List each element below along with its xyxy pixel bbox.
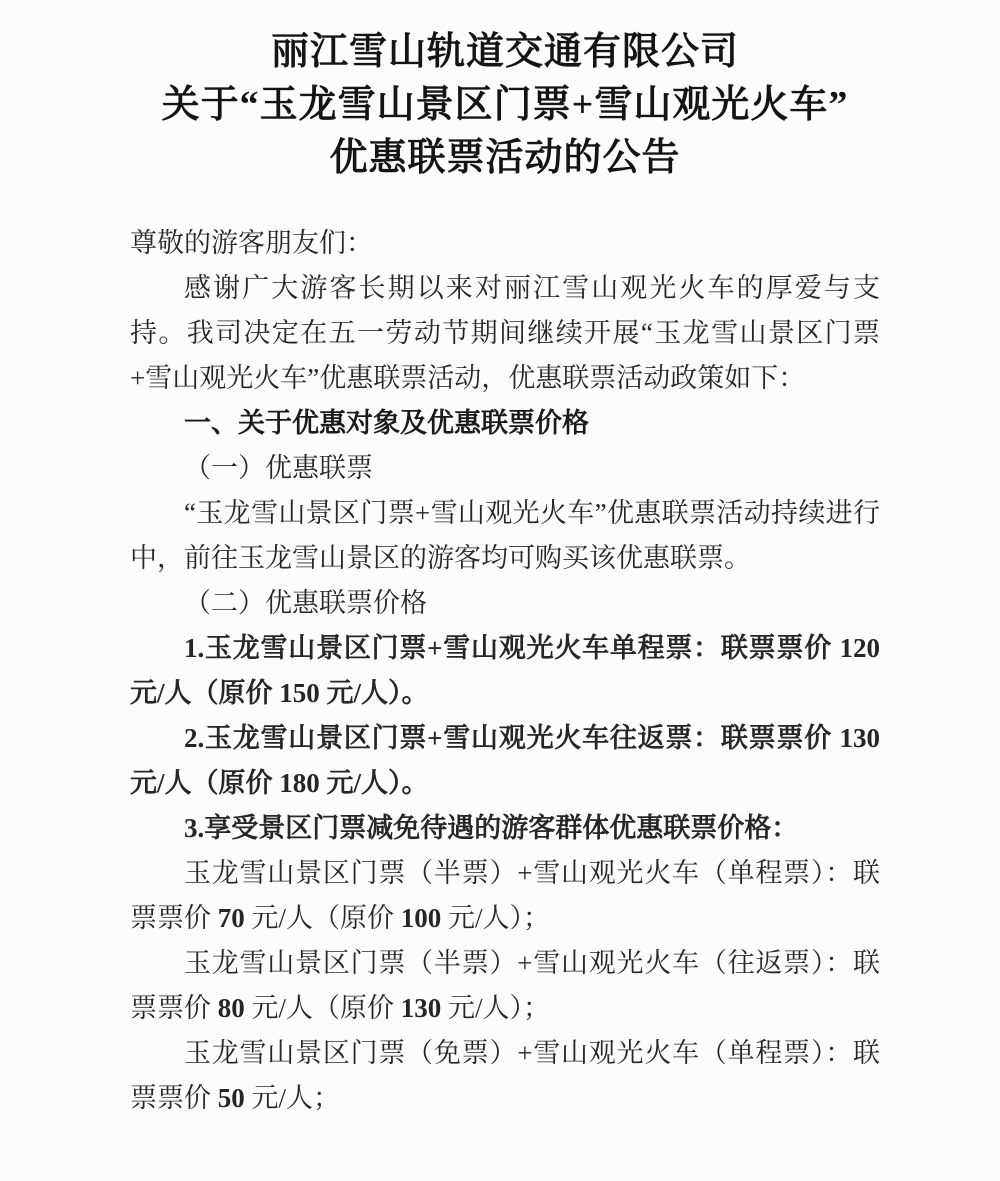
title-line-company: 丽江雪山轨道交通有限公司 [130,26,880,79]
group-item-1-original: 100 [401,903,442,933]
document-body: 尊敬的游客朋友们： 感谢广大游客长期以来对丽江雪山观光火车的厚爱与支持。我司决定… [130,221,880,1121]
group-item-1-mid: 元/人（原价 [245,903,401,933]
salutation: 尊敬的游客朋友们： [130,221,880,266]
price-item-2: 2.玉龙雪山景区门票+雪山观光火车往返票：联票票价 130 元/人（原价 180… [130,716,880,806]
title-line-subject: 关于“玉龙雪山景区门票+雪山观光火车” [130,79,880,132]
group-item-3: 玉龙雪山景区门票（免票）+雪山观光火车（单程票）：联票票价 50 元/人； [130,1031,880,1121]
price-item-1-original: 150 [279,678,320,708]
price-item-2-text: 2.玉龙雪山景区门票+雪山观光火车往返票：联票票价 [184,723,840,753]
document-title: 丽江雪山轨道交通有限公司 关于“玉龙雪山景区门票+雪山观光火车” 优惠联票活动的… [130,26,880,185]
group-item-1-post: 元/人）； [441,903,550,933]
group-item-2: 玉龙雪山景区门票（半票）+雪山观光火车（往返票）：联票票价 80 元/人（原价 … [130,941,880,1031]
title-line-notice: 优惠联票活动的公告 [130,132,880,185]
sub2-heading: （二）优惠联票价格 [130,581,880,626]
price-item-2-price: 130 [840,723,881,753]
intro-paragraph: 感谢广大游客长期以来对丽江雪山观光火车的厚爱与支持。我司决定在五一劳动节期间继续… [130,266,880,401]
price-item-1-mid: 元/人（原价 [130,678,279,708]
price-item-1: 1.玉龙雪山景区门票+雪山观光火车单程票：联票票价 120 元/人（原价 150… [130,626,880,716]
group-item-1: 玉龙雪山景区门票（半票）+雪山观光火车（单程票）：联票票价 70 元/人（原价 … [130,851,880,941]
section1-heading: 一、关于优惠对象及优惠联票价格 [130,401,880,446]
group-item-3-post: 元/人； [245,1083,340,1113]
price-item-1-post: 元/人）。 [320,678,429,708]
group-item-3-price: 50 [218,1083,245,1113]
group-item-2-mid: 元/人（原价 [245,993,401,1023]
announcement-page: 丽江雪山轨道交通有限公司 关于“玉龙雪山景区门票+雪山观光火车” 优惠联票活动的… [0,0,1000,1181]
sub1-heading: （一）优惠联票 [130,446,880,491]
group-item-2-original: 130 [401,993,442,1023]
group-item-2-price: 80 [218,993,245,1023]
price-item-1-price: 120 [840,633,881,663]
group-item-2-post: 元/人）； [441,993,550,1023]
price-item-2-post: 元/人）。 [320,768,429,798]
price-item-2-mid: 元/人（原价 [130,768,279,798]
price-item-3-heading: 3.享受景区门票减免待遇的游客群体优惠联票价格： [130,806,880,851]
price-item-1-text: 1.玉龙雪山景区门票+雪山观光火车单程票：联票票价 [184,633,840,663]
sub1-body: “玉龙雪山景区门票+雪山观光火车”优惠联票活动持续进行中，前往玉龙雪山景区的游客… [130,491,880,581]
price-item-2-original: 180 [279,768,320,798]
group-item-1-price: 70 [218,903,245,933]
